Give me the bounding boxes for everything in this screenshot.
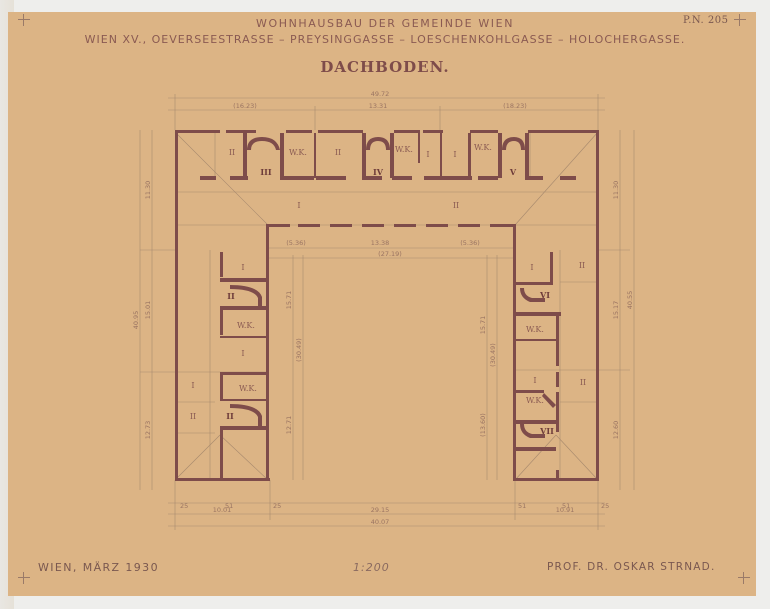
svg-text:15.01: 15.01 [144, 301, 152, 320]
dimension-labels: 49.72 (16.23) 13.31 (18.23) (27.19) 13.3… [132, 90, 634, 526]
svg-text:51: 51 [562, 502, 570, 510]
author-label: PROF. DR. OSKAR STRNAD. [547, 561, 715, 573]
registration-mark-bottom-right [738, 572, 750, 584]
svg-text:51: 51 [225, 502, 233, 510]
svg-text:I: I [241, 263, 244, 272]
scale-label: 1:200 [353, 561, 390, 574]
svg-text:II: II [226, 411, 234, 421]
svg-text:25: 25 [180, 502, 188, 510]
svg-text:II: II [453, 201, 459, 210]
svg-text:I: I [533, 376, 536, 385]
svg-text:40.55: 40.55 [626, 291, 634, 310]
svg-text:(30.49): (30.49) [295, 338, 303, 362]
svg-text:12.71: 12.71 [285, 416, 293, 435]
svg-text:W.K.: W.K. [289, 148, 307, 157]
svg-text:VII: VII [539, 426, 554, 436]
svg-text:12.73: 12.73 [144, 421, 152, 440]
svg-text:12.60: 12.60 [612, 421, 620, 440]
svg-text:51: 51 [518, 502, 526, 510]
svg-text:W.K.: W.K. [526, 396, 544, 405]
svg-text:(5.36): (5.36) [460, 239, 480, 247]
svg-text:15.71: 15.71 [479, 316, 487, 335]
svg-text:II: II [579, 261, 585, 270]
svg-text:29.15: 29.15 [371, 506, 390, 514]
svg-text:(30.49): (30.49) [489, 343, 497, 367]
svg-text:W.K.: W.K. [237, 321, 255, 330]
svg-text:V: V [509, 167, 517, 177]
svg-text:15.71: 15.71 [285, 291, 293, 310]
svg-text:IV: IV [373, 167, 384, 177]
svg-text:49.72: 49.72 [371, 90, 390, 98]
svg-text:II: II [227, 291, 235, 301]
svg-text:II: II [229, 148, 235, 157]
svg-text:(18.23): (18.23) [503, 102, 527, 110]
svg-text:I: I [297, 201, 300, 210]
svg-text:(16.23): (16.23) [233, 102, 257, 110]
date-label: WIEN, MÄRZ 1930 [38, 561, 159, 574]
svg-text:W.K.: W.K. [239, 384, 257, 393]
svg-text:13.38: 13.38 [371, 239, 390, 247]
registration-mark-bottom-left [18, 572, 30, 584]
svg-text:W.K.: W.K. [474, 143, 492, 152]
walls [175, 130, 599, 481]
svg-text:I: I [530, 263, 533, 272]
svg-text:W.K.: W.K. [395, 145, 413, 154]
svg-text:15.17: 15.17 [612, 301, 620, 320]
svg-text:W.K.: W.K. [526, 325, 544, 334]
svg-text:II: II [190, 412, 196, 421]
floor-plan: 49.72 (16.23) 13.31 (18.23) (27.19) 13.3… [0, 0, 770, 609]
svg-text:(5.36): (5.36) [286, 239, 306, 247]
svg-text:25: 25 [273, 502, 281, 510]
svg-text:11.30: 11.30 [612, 181, 620, 200]
svg-text:40.95: 40.95 [132, 311, 140, 330]
registration-mark-top-right [734, 14, 746, 26]
svg-text:(13.60): (13.60) [479, 413, 487, 437]
svg-text:II: II [580, 378, 586, 387]
svg-text:III: III [260, 167, 271, 177]
svg-text:I: I [191, 381, 194, 390]
svg-text:(27.19): (27.19) [378, 250, 402, 258]
svg-text:40.07: 40.07 [371, 518, 390, 526]
svg-text:II: II [335, 148, 341, 157]
svg-text:25: 25 [601, 502, 609, 510]
svg-text:11.30: 11.30 [144, 181, 152, 200]
svg-text:13.31: 13.31 [369, 102, 388, 110]
svg-text:I: I [453, 150, 456, 159]
svg-text:VI: VI [539, 290, 550, 300]
registration-mark-top-left [18, 14, 30, 26]
svg-text:I: I [241, 349, 244, 358]
svg-text:I: I [426, 150, 429, 159]
